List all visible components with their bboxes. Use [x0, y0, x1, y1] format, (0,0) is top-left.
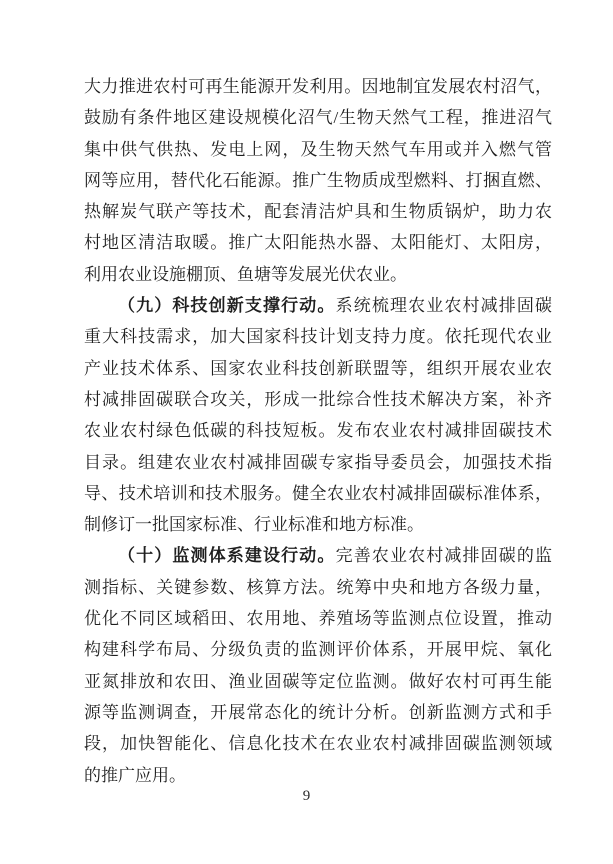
text-line: 村地区清洁取暖。推广太阳能热水器、太阳能灯、太阳房， — [84, 227, 552, 258]
text-line: 测指标、关键参数、核算方法。统筹中央和地方各级力量， — [84, 572, 552, 603]
section-10-lead-text: 完善农业农村减排固碳的监 — [336, 546, 552, 565]
text-line: 导、技术培训和技术服务。健全农业农村减排固碳标准体系， — [84, 478, 552, 509]
text-line: 源等监测调查，开展常态化的统计分析。创新监测方式和手 — [84, 697, 552, 728]
document-page: 大力推进农村可再生能源开发利用。因地制宜发展农村沼气， 鼓励有条件地区建设规模化… — [0, 0, 613, 864]
page-number: 9 — [0, 787, 613, 805]
text-line: 村减排固碳联合攻关，形成一批综合性技术解决方案，补齐 — [84, 384, 552, 415]
text-line: 产业技术体系、国家农业科技创新联盟等，组织开展农业农 — [84, 353, 552, 384]
document-body: 大力推进农村可再生能源开发利用。因地制宜发展农村沼气， 鼓励有条件地区建设规模化… — [84, 71, 552, 791]
text-line: 构建科学布局、分级负责的监测评价体系，开展甲烷、氧化 — [84, 634, 552, 665]
text-line: 集中供气供热、发电上网，及生物天然气车用或并入燃气管 — [84, 134, 552, 165]
text-line: 制修订一批国家标准、行业标准和地方标准。 — [84, 509, 552, 540]
section-9-heading: （九）科技创新支撑行动。 — [118, 296, 336, 315]
text-line: 段，加快智能化、信息化技术在农业农村减排固碳监测领域 — [84, 728, 552, 759]
text-line: 亚氮排放和农田、渔业固碳等定位监测。做好农村可再生能 — [84, 666, 552, 697]
text-line: 大力推进农村可再生能源开发利用。因地制宜发展农村沼气， — [84, 71, 552, 102]
section-9-lead-text: 系统梳理农业农村减排固碳 — [336, 296, 552, 315]
text-line: 热解炭气联产等技术，配套清洁炉具和生物质锅炉，助力农 — [84, 196, 552, 227]
text-line: 目录。组建农业农村减排固碳专家指导委员会，加强技术指 — [84, 447, 552, 478]
text-line: 农业农村绿色低碳的科技短板。发布农业农村减排固碳技术 — [84, 415, 552, 446]
text-line: 优化不同区域稻田、农用地、养殖场等监测点位设置，推动 — [84, 603, 552, 634]
text-line: 利用农业设施棚顶、鱼塘等发展光伏农业。 — [84, 259, 552, 290]
section-10-heading: （十）监测体系建设行动。 — [118, 546, 336, 565]
text-line: （九）科技创新支撑行动。系统梳理农业农村减排固碳 — [84, 290, 552, 321]
text-line: 重大科技需求，加大国家科技计划支持力度。依托现代农业 — [84, 321, 552, 352]
text-line: 网等应用，替代化石能源。推广生物质成型燃料、打捆直燃、 — [84, 165, 552, 196]
text-line: （十）监测体系建设行动。完善农业农村减排固碳的监 — [84, 540, 552, 571]
text-line: 鼓励有条件地区建设规模化沼气/生物天然气工程，推进沼气 — [84, 102, 552, 133]
